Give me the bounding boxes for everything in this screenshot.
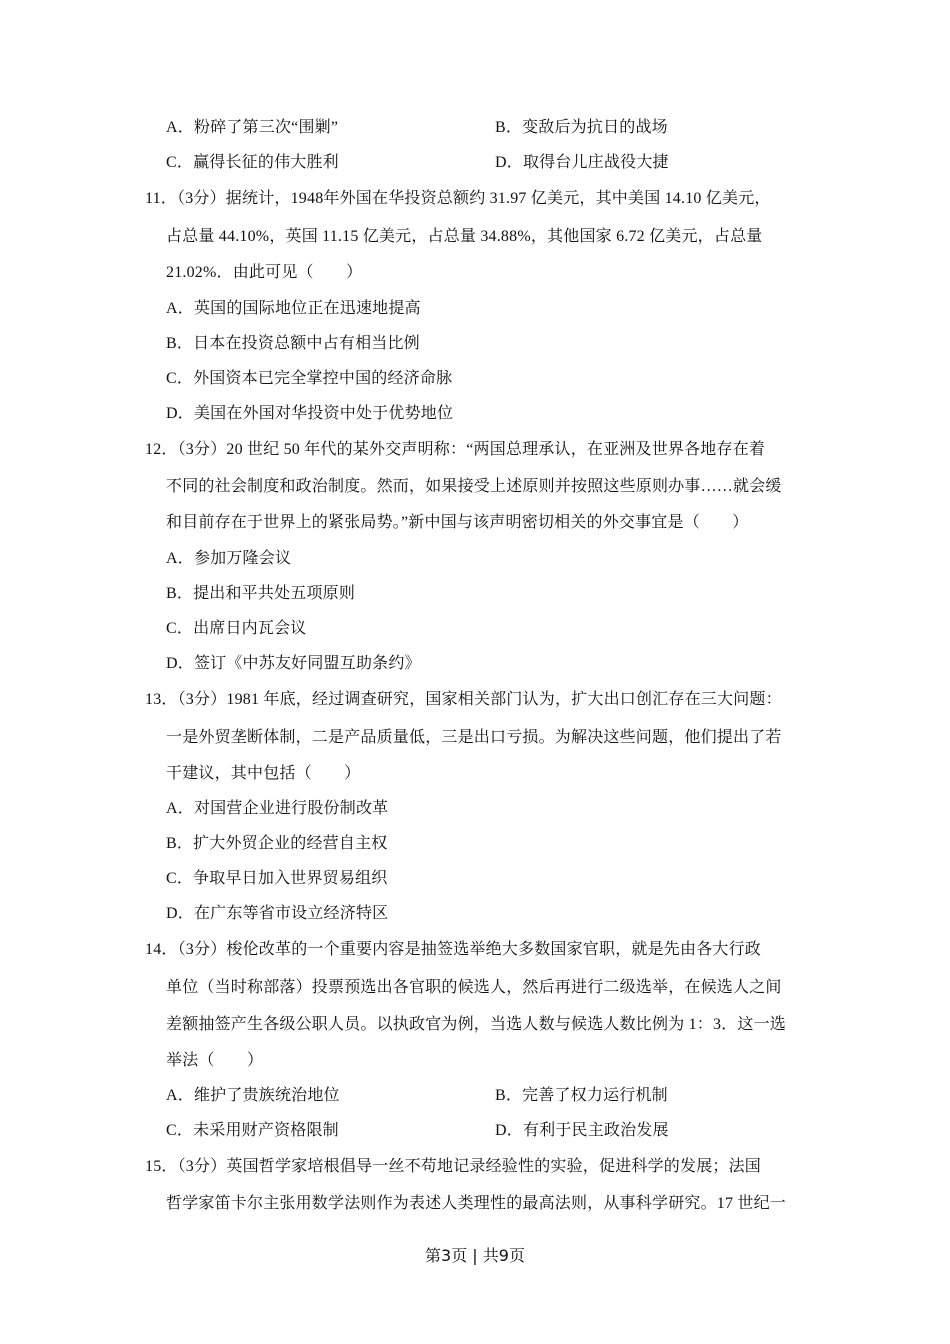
q11-option-a: A．英国的国际地位正在迅速地提高 bbox=[166, 299, 421, 319]
q13-stem-line-1: 13．（3分）1981 年底，经过调查研究，国家相关部门认为，扩大出口创汇存在三… bbox=[145, 690, 782, 710]
q11-option-c: C．外国资本已完全掌控中国的经济命脉 bbox=[166, 369, 452, 389]
q10-option-c: C．赢得长征的伟大胜利 bbox=[166, 153, 339, 173]
q11-option-b: B．日本在投资总额中占有相当比例 bbox=[166, 334, 420, 354]
q10-option-d: D．取得台儿庄战役大捷 bbox=[495, 153, 669, 173]
q11-stem-line-1: 11．（3分）据统计，1948年外国在华投资总额约 31.97 亿美元，其中美国… bbox=[145, 189, 771, 209]
q12-option-c: C．出席日内瓦会议 bbox=[166, 619, 306, 639]
q12-option-a: A．参加万隆会议 bbox=[166, 549, 291, 569]
q10-option-a: A．粉碎了第三次“围剿” bbox=[166, 118, 338, 138]
q12-option-d: D．签订《中苏友好同盟互助条约》 bbox=[166, 654, 421, 674]
q14-option-d: D．有利于民主政治发展 bbox=[495, 1121, 669, 1141]
q13-stem-line-3: 干建议，其中包括（ ） bbox=[166, 764, 360, 784]
q11-option-d: D．美国在外国对华投资中处于优势地位 bbox=[166, 404, 453, 424]
q12-option-b: B．提出和平共处五项原则 bbox=[166, 584, 355, 604]
q12-stem-line-3: 和目前存在于世界上的紧张局势。”新中国与该声明密切相关的外交事宜是（ ） bbox=[166, 513, 749, 533]
q13-option-b: B．扩大外贸企业的经营自主权 bbox=[166, 834, 387, 854]
q12-stem-line-2: 不同的社会制度和政治制度。然而，如果接受上述原则并按照这些原则办事……就会缓 bbox=[166, 477, 782, 497]
q14-option-c: C．未采用财产资格限制 bbox=[166, 1121, 339, 1141]
q14-stem-line-3: 差额抽签产生各级公职人员。以执政官为例，当选人数与候选人数比例为 1：3．这一选 bbox=[166, 1015, 786, 1035]
q14-stem-line-1: 14．（3分）梭伦改革的一个重要内容是抽签选举绝大多数国家官职，就是先由各大行政 bbox=[145, 940, 761, 960]
q13-stem-line-2: 一是外贸垄断体制，二是产品质量低，三是出口亏损。为解决这些问题，他们提出了若 bbox=[166, 728, 782, 748]
q10-option-b: B．变敌后为抗日的战场 bbox=[495, 118, 668, 138]
q13-option-c: C．争取早日加入世界贸易组织 bbox=[166, 869, 387, 889]
q14-stem-line-4: 举法（ ） bbox=[166, 1051, 263, 1071]
page-number-footer: 第3页 | 共9页 bbox=[0, 1246, 950, 1266]
q14-option-a: A．维护了贵族统治地位 bbox=[166, 1086, 340, 1106]
q15-stem-line-2: 哲学家笛卡尔主张用数学法则作为表述人类理性的最高法则，从事科学研究。17 世纪一 bbox=[166, 1194, 786, 1214]
q13-option-a: A．对国营企业进行股份制改革 bbox=[166, 799, 388, 819]
q11-stem-line-3: 21.02%．由此可见（ ） bbox=[166, 263, 362, 283]
q13-option-d: D．在广东等省市设立经济特区 bbox=[166, 904, 388, 924]
q15-stem-line-1: 15．（3分）英国哲学家培根倡导一丝不苟地记录经验性的实验，促进科学的发展；法国 bbox=[145, 1157, 761, 1177]
q14-option-b: B．完善了权力运行机制 bbox=[495, 1086, 668, 1106]
q12-stem-line-1: 12．（3分）20 世纪 50 年代的某外交声明称：“两国总理承认，在亚洲及世界… bbox=[145, 440, 765, 460]
q11-stem-line-2: 占总量 44.10%，英国 11.15 亿美元，占总量 34.88%，其他国家 … bbox=[166, 227, 762, 247]
q14-stem-line-2: 单位（当时称部落）投票预选出各官职的候选人，然后再进行二级选举，在候选人之间 bbox=[166, 978, 782, 998]
